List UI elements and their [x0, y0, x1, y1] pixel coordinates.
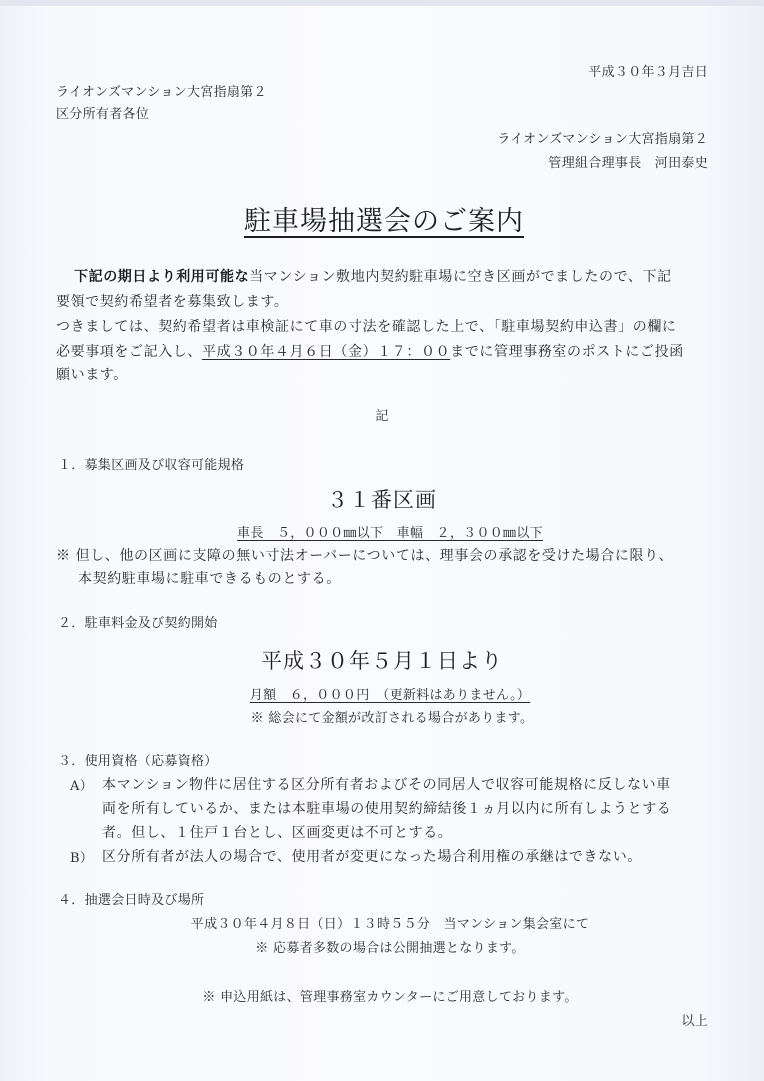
- section-2-heading: ２．駐車料金及び契約開始: [58, 612, 218, 631]
- intro-line-4: 必要事項をご記入し、平成３０年４月６日（金）１７：００までに管理事務室のポストに…: [56, 341, 684, 361]
- sender-building: ライオンズマンション大宮指扇第２: [497, 128, 708, 147]
- issue-date: 平成３０年３月吉日: [588, 61, 708, 80]
- ki-marker: 記: [0, 405, 764, 424]
- condition-b-line-1: 区分所有者が法人の場合で、使用者が変更になった場合利用権の承継はできない。: [102, 846, 642, 866]
- lot-number: ３１番区画: [0, 484, 764, 514]
- condition-a-label: A）: [70, 775, 93, 794]
- section-2-note: ※ 総会にて金額が改訂される場合があります。: [10, 707, 764, 726]
- monthly-fee: 月額 ６，０００円 （更新料はありません。）: [8, 684, 764, 703]
- condition-a-line-3: 者。但し、１住戸１台とし、区画変更は不可とする。: [102, 822, 452, 842]
- section-1-note-line-1: ※ 但し、他の区画に支障の無い寸法オーバーについては、理事会の承認を受けた場合に…: [56, 545, 673, 565]
- section-1-heading: １．募集区画及び収容可能規格: [58, 454, 244, 473]
- section-3-heading: ３．使用資格（応募資格）: [58, 750, 218, 769]
- application-form-note: ※ 申込用紙は、管理事務室カウンターにご用意しております。: [8, 986, 764, 1005]
- section-4-heading: ４．抽選会日時及び場所: [58, 889, 204, 908]
- recipient-addressee: 区分所有者各位: [56, 103, 149, 122]
- intro-line-4-pre: 必要事項をご記入し、: [56, 344, 202, 360]
- intro-line-5: 願います。: [56, 364, 128, 384]
- sender-name: 管理組合理事長 河田泰史: [548, 152, 708, 171]
- scan-edge: [0, 0, 764, 6]
- closing-mark: 以上: [681, 1010, 708, 1029]
- application-deadline: 平成３０年４月６日（金）１７：００: [202, 344, 450, 360]
- intro-line-1-rest: 当マンション敷地内契約駐車場に空き区画がでましたので、下記: [249, 269, 672, 285]
- intro-line-1: 下記の期日より利用可能な当マンション敷地内契約駐車場に空き区画がでましたので、下…: [74, 266, 672, 286]
- condition-a-line-2: 両を所有しているか、または本駐車場の使用契約締結後１ヵ月以内に所有しようとする: [102, 798, 671, 818]
- condition-a-line-1: 本マンション物件に居住する区分所有者およびその同居人で収容可能規格に反しない車: [102, 774, 671, 794]
- section-4-note: ※ 応募者多数の場合は公開抽選となります。: [8, 937, 764, 956]
- intro-bold-phrase: 下記の期日より利用可能な: [74, 269, 249, 285]
- intro-line-2: 要領で契約希望者を募集致します。: [56, 291, 288, 311]
- condition-b-label: B）: [70, 847, 93, 866]
- document-page: 平成３０年３月吉日 ライオンズマンション大宮指扇第２ 区分所有者各位 ライオンズ…: [0, 0, 764, 1081]
- vehicle-size-spec: 車長 ５，０００㎜以下 車幅 ２，３００㎜以下: [8, 522, 764, 541]
- lottery-datetime-place: 平成３０年４月８日（日）１３時５５分 当マンション集会室にて: [8, 913, 764, 932]
- intro-line-3: つきましては、契約希望者は車検証にて車の寸法を確認した上で、「駐車場契約申込書」…: [56, 316, 677, 336]
- contract-start-date: 平成３０年５月１日より: [0, 645, 764, 675]
- recipient-building: ライオンズマンション大宮指扇第２: [56, 81, 267, 100]
- intro-line-4-post: までに管理事務室のポストにご投函: [450, 344, 684, 360]
- section-1-note-line-2: 本契約駐車場に駐車できるものとする。: [78, 568, 341, 588]
- page-title: 駐車場抽選会のご案内: [242, 199, 526, 238]
